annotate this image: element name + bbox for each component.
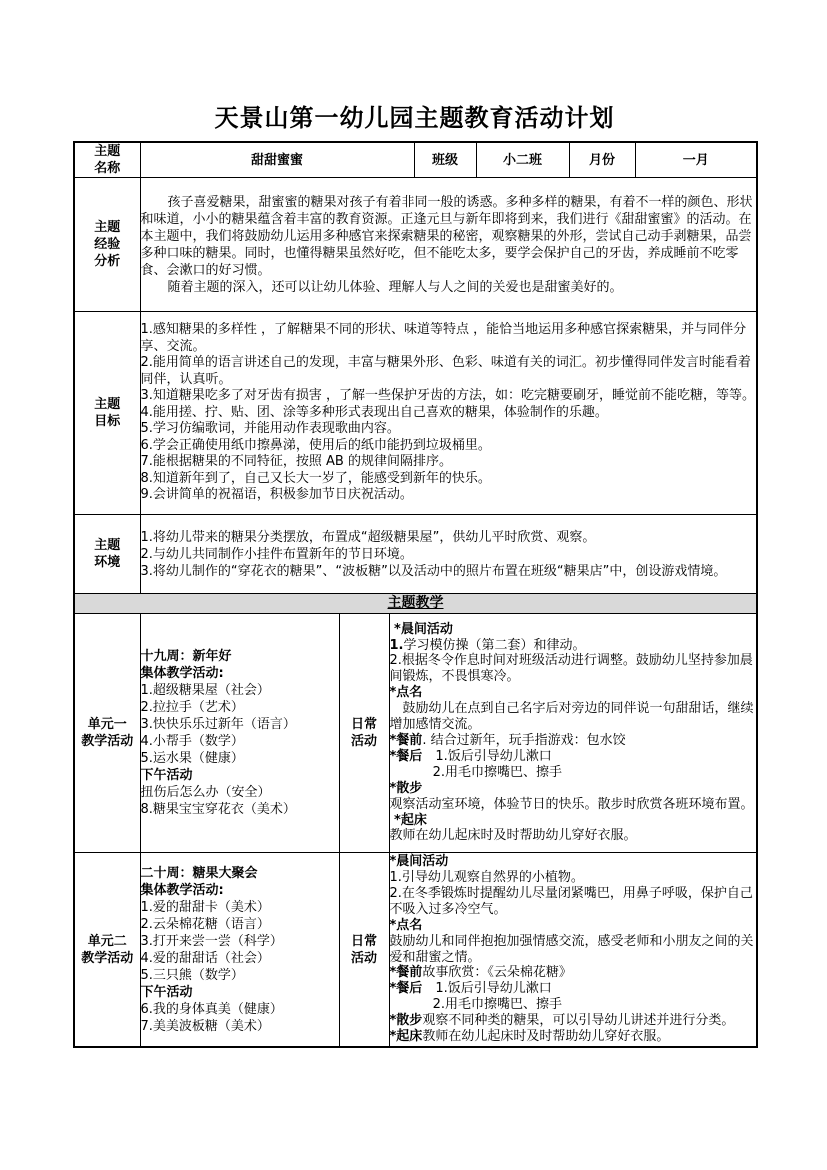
goal-item: 2.能用简单的语言讲述自己的发现，丰富与糖果外形、色彩、味道有关的词汇。初步懂得… <box>141 355 757 388</box>
daily-detail-line: 2.在冬季锻炼时提醒幼儿尽量闭紧嘴巴，用鼻子呼吸，保护自己不吸入过多冷空气。 <box>390 886 757 918</box>
theme-name-label: 主题 名称 <box>74 142 140 178</box>
month-label: 月份 <box>569 142 635 178</box>
info-row: 主题 名称 甜甜蜜蜜 班级 小二班 月份 一月 <box>74 142 757 178</box>
activity-item: 1.超级糖果屋（社会） <box>141 682 339 699</box>
unit1-activities: 十九周：新年好集体教学活动:1.超级糖果屋（社会）2.拉拉手（艺术）3.快快乐乐… <box>140 614 339 853</box>
goal-item: 9.会讲简单的祝福语，积极参加节日庆祝活动。 <box>141 487 757 504</box>
activity-item: 5.运水果（健康） <box>141 750 339 767</box>
teaching-section-row: 主题教学 <box>74 594 757 614</box>
goal-item: 3.知道糖果吃多了对牙齿有损害 ，了解一些保护牙齿的方法，如：吃完糖要刷牙，睡觉… <box>141 388 757 405</box>
activity-item: 扭伤后怎么办（安全） <box>141 784 339 801</box>
teaching-section-title: 主题教学 <box>388 595 444 611</box>
environment-label: 主题 环境 <box>74 515 140 594</box>
daily-detail-line: 1.学习模仿操（第二套）和律动。 <box>390 638 757 654</box>
daily-detail-line: 2.根据冬令作息时间对班级活动进行调整。鼓励幼儿坚持参加晨间锻炼，不畏惧寒冷。 <box>390 653 757 685</box>
goal-item: 8.知道新年到了，自己又长大一岁了，能感受到新年的快乐。 <box>141 471 757 488</box>
experience-paragraph: 孩子喜爱糖果，甜蜜蜜的糖果对孩子有着非同一般的诱惑。多种多样的糖果，有着不一样的… <box>141 194 757 279</box>
daily-detail-line: *餐后 1.饭后引导幼儿漱口 <box>390 981 757 997</box>
goal-item: 4.能用搓、拧、贴、团、涂等多种形式表现出自己喜欢的糖果，体验制作的乐趣。 <box>141 405 757 422</box>
goal-item: 6.学会正确使用纸巾擦鼻涕，使用后的纸巾能扔到垃圾桶里。 <box>141 438 757 455</box>
daily-detail-line: *点名 <box>390 918 757 934</box>
activity-plan-table: 主题 名称 甜甜蜜蜜 班级 小二班 月份 一月 主题 经验 分析 孩子喜爱糖果，… <box>73 141 758 1048</box>
activity-item: 集体教学活动: <box>141 882 339 899</box>
activity-item: 十九周：新年好 <box>141 648 339 665</box>
environment-text: 1.将幼儿带来的糖果分类摆放，布置成“超级糖果屋”，供幼儿平时欣赏、观察。2.与… <box>140 515 757 594</box>
activity-item: 2.拉拉手（艺术） <box>141 699 339 716</box>
activity-item: 8.糖果宝宝穿花衣（美术） <box>141 801 339 818</box>
daily-detail-line: *起床教师在幼儿起床时及时帮助幼儿穿好衣服。 <box>390 1029 757 1045</box>
document-page: 天景山第一幼儿园主题教育活动计划 主题 名称 甜甜蜜蜜 班级 小二班 月份 一月… <box>0 0 827 1170</box>
activity-item: 1.爱的甜甜卡（美术） <box>141 899 339 916</box>
activity-item: 4.爱的甜甜话（社会） <box>141 950 339 967</box>
daily-detail-line: *起床 <box>390 813 757 829</box>
unit2-activities: 二十周：糖果大聚会集体教学活动:1.爱的甜甜卡（美术）2.云朵棉花糖（语言）3.… <box>140 853 339 1048</box>
daily-detail-line: 鼓励幼儿在点到自己名字后对旁边的同伴说一句甜甜话，继续增加感情交流。 <box>390 701 757 733</box>
unit2-daily-label: 日常 活动 <box>339 853 389 1048</box>
goal-item: 1.感知糖果的多样性 ，了解糖果不同的形状、味道等特点 ，能恰当地运用多种感官探… <box>141 322 757 355</box>
daily-detail-line: *晨间活动 <box>390 622 757 638</box>
unit1-label: 单元一 教学活动 <box>74 614 140 853</box>
activity-item: 下午活动 <box>141 767 339 784</box>
goals-text: 1.感知糖果的多样性 ，了解糖果不同的形状、味道等特点 ，能恰当地运用多种感官探… <box>140 312 757 515</box>
month-value: 一月 <box>635 142 757 178</box>
daily-detail-line: *餐前故事欣赏：《云朵棉花糖》 <box>390 965 757 981</box>
goal-item: 7.能根据糖果的不同特征，按照 AB 的规律间隔排序。 <box>141 454 757 471</box>
daily-detail-line: *餐前. 结合过新年，玩手指游戏：包水饺 <box>390 733 757 749</box>
unit1-daily-details: *晨间活动1.学习模仿操（第二套）和律动。2.根据冬令作息时间对班级活动进行调整… <box>389 614 757 853</box>
daily-detail-line: *散步观察不同种类的糖果，可以引导幼儿讲述并进行分类。 <box>390 1013 757 1029</box>
daily-detail-line: 鼓励幼儿和同伴抱抱加强情感交流，感受老师和小朋友之间的关爱和甜蜜之情。 <box>390 934 757 966</box>
activity-item: 7.美美波板糖（美术） <box>141 1018 339 1035</box>
page-title: 天景山第一幼儿园主题教育活动计划 <box>73 103 756 133</box>
environment-item: 3.将幼儿制作的“穿花衣的糖果”、“波板糖”以及活动中的照片布置在班级“糖果店”… <box>141 563 757 580</box>
activity-item: 2.云朵棉花糖（语言） <box>141 916 339 933</box>
daily-detail-line: 观察活动室环境，体验节日的快乐。散步时欣赏各班环境布置。 <box>390 797 757 813</box>
unit1-daily-label: 日常 活动 <box>339 614 389 853</box>
teaching-section-cell: 主题教学 <box>74 594 757 614</box>
unit1-row: 单元一 教学活动 十九周：新年好集体教学活动:1.超级糖果屋（社会）2.拉拉手（… <box>74 614 757 853</box>
daily-detail-line: 1.引导幼儿观察自然界的小植物。 <box>390 870 757 886</box>
activity-item: 下午活动 <box>141 984 339 1001</box>
unit2-row: 单元二 教学活动 二十周：糖果大聚会集体教学活动:1.爱的甜甜卡（美术）2.云朵… <box>74 853 757 1048</box>
daily-detail-line: 2.用毛巾擦嘴巴、擦手 <box>390 997 757 1013</box>
goal-item: 5.学习仿编歌词，并能用动作表现歌曲内容。 <box>141 421 757 438</box>
experience-text: 孩子喜爱糖果，甜蜜蜜的糖果对孩子有着非同一般的诱惑。多种多样的糖果，有着不一样的… <box>140 178 757 312</box>
environment-item: 1.将幼儿带来的糖果分类摆放，布置成“超级糖果屋”，供幼儿平时欣赏、观察。 <box>141 529 757 546</box>
activity-item: 3.快快乐乐过新年（语言） <box>141 716 339 733</box>
activity-item: 3.打开来尝一尝（科学） <box>141 933 339 950</box>
unit2-daily-details: *晨间活动1.引导幼儿观察自然界的小植物。2.在冬季锻炼时提醒幼儿尽量闭紧嘴巴，… <box>389 853 757 1048</box>
daily-detail-line: *点名 <box>390 685 757 701</box>
class-value: 小二班 <box>476 142 569 178</box>
activity-item: 6.我的身体真美（健康） <box>141 1001 339 1018</box>
goals-row: 主题 目标 1.感知糖果的多样性 ，了解糖果不同的形状、味道等特点 ，能恰当地运… <box>74 312 757 515</box>
daily-detail-line: *晨间活动 <box>390 854 757 870</box>
unit2-label: 单元二 教学活动 <box>74 853 140 1048</box>
environment-item: 2.与幼儿共同制作小挂件布置新年的节日环境。 <box>141 546 757 563</box>
activity-item: 二十周：糖果大聚会 <box>141 865 339 882</box>
activity-item: 4.小帮手（数学） <box>141 733 339 750</box>
goals-label: 主题 目标 <box>74 312 140 515</box>
environment-row: 主题 环境 1.将幼儿带来的糖果分类摆放，布置成“超级糖果屋”，供幼儿平时欣赏、… <box>74 515 757 594</box>
activity-item: 集体教学活动: <box>141 665 339 682</box>
daily-detail-line: 教师在幼儿起床时及时帮助幼儿穿好衣服。 <box>390 828 757 844</box>
daily-detail-line: *餐后 1.饭后引导幼儿漱口 <box>390 749 757 765</box>
activity-item: 5.三只熊（数学） <box>141 967 339 984</box>
experience-row: 主题 经验 分析 孩子喜爱糖果，甜蜜蜜的糖果对孩子有着非同一般的诱惑。多种多样的… <box>74 178 757 312</box>
theme-name-value: 甜甜蜜蜜 <box>140 142 414 178</box>
experience-label: 主题 经验 分析 <box>74 178 140 312</box>
daily-detail-line: 2.用毛巾擦嘴巴、擦手 <box>390 765 757 781</box>
experience-paragraph: 随着主题的深入，还可以让幼儿体验、理解人与人之间的关爱也是甜蜜美好的。 <box>141 279 757 296</box>
class-label: 班级 <box>414 142 476 178</box>
daily-detail-line: *散步 <box>390 781 757 797</box>
